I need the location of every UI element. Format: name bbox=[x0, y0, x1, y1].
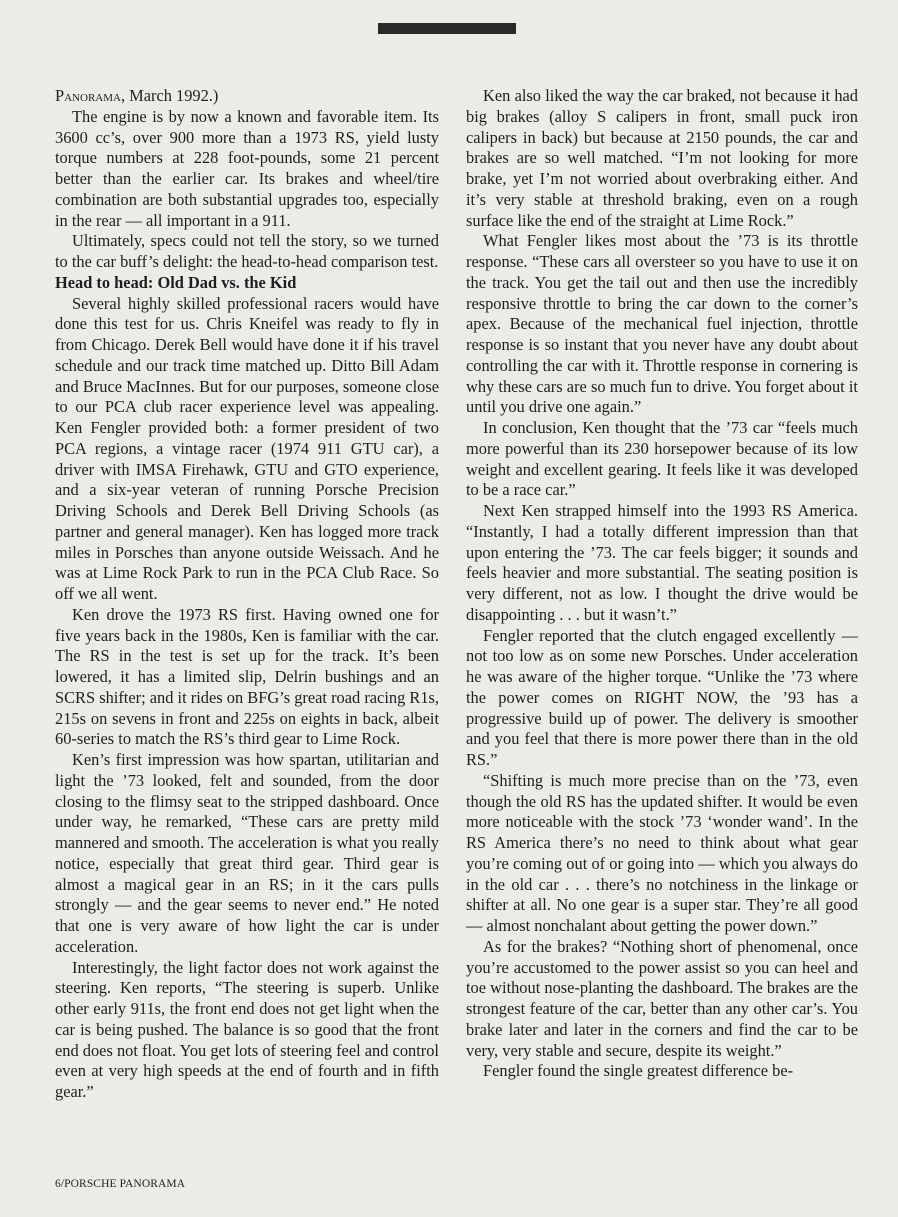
paragraph-braking: Ken also liked the way the car braked, n… bbox=[466, 86, 858, 231]
paragraph-first-impression: Ken’s first impression was how spartan, … bbox=[55, 750, 439, 958]
paragraph-specs: Ultimately, specs could not tell the sto… bbox=[55, 231, 439, 273]
paragraph-greatest-difference: Fengler found the single greatest differ… bbox=[466, 1061, 858, 1082]
paragraph-citation-continuation: Panorama, March 1992.) bbox=[55, 86, 439, 107]
section-subheading: Head to head: Old Dad vs. the Kid bbox=[55, 273, 439, 294]
publication-name: Panorama bbox=[55, 86, 121, 105]
left-column: Panorama, March 1992.) The engine is by … bbox=[55, 86, 439, 1103]
paragraph-throttle: What Fengler likes most about the ’73 is… bbox=[466, 231, 858, 418]
paragraph-steering: Interestingly, the light factor does not… bbox=[55, 958, 439, 1103]
paragraph-brakes: As for the brakes? “Nothing short of phe… bbox=[466, 937, 858, 1062]
top-rule-bar bbox=[378, 23, 516, 34]
page-footer: 6/PORSCHE PANORAMA bbox=[55, 1178, 185, 1190]
paragraph-clutch: Fengler reported that the clutch engaged… bbox=[466, 626, 858, 771]
right-column: Ken also liked the way the car braked, n… bbox=[466, 86, 858, 1082]
paragraph-1973-rs: Ken drove the 1973 RS first. Having owne… bbox=[55, 605, 439, 750]
paragraph-engine: The engine is by now a known and favorab… bbox=[55, 107, 439, 232]
paragraph-conclusion-73: In conclusion, Ken thought that the ’73 … bbox=[466, 418, 858, 501]
paragraph-shifting: “Shifting is much more precise than on t… bbox=[466, 771, 858, 937]
paragraph-racers: Several highly skilled professional race… bbox=[55, 294, 439, 605]
paragraph-1993-rs-america: Next Ken strapped himself into the 1993 … bbox=[466, 501, 858, 626]
